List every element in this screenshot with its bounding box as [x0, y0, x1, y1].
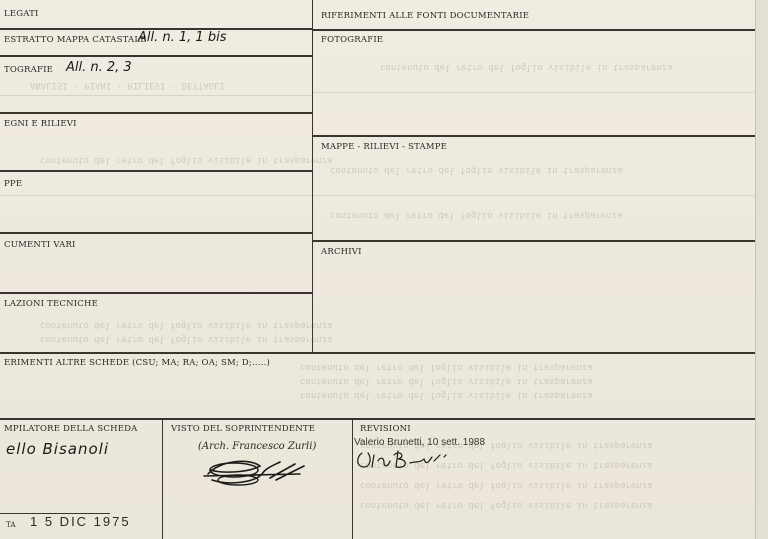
archivi-label: ARCHIVI	[321, 247, 362, 257]
bleed-through-text: contenuto del retro del foglio visibile …	[360, 480, 653, 490]
column-divider	[162, 418, 163, 539]
bleed-through-text: contenuto del retro del foglio visibile …	[380, 62, 673, 72]
bleed-through-text: contenuto del retro del foglio visibile …	[330, 210, 623, 220]
bleed-through-text: contenuto del retro del foglio visibile …	[300, 376, 593, 386]
paper-edge	[755, 0, 768, 539]
bleed-through-text: contenuto del retro del foglio visibile …	[300, 362, 593, 372]
soprintendente-label: VISTO DEL SOPRINTENDENTE	[171, 424, 315, 434]
bleed-through-text: contenuto del retro del foglio visibile …	[360, 500, 653, 510]
riferimenti-fonti-label: RIFERIMENTI ALLE FONTI DOCUMENTARIE	[321, 11, 529, 21]
column-divider	[352, 418, 353, 539]
soprintendente-stamp: (Arch. Francesco Zurli)	[198, 441, 316, 452]
divider	[0, 170, 312, 172]
date-stamp: 1 5 DIC 1975	[30, 514, 131, 529]
riferimenti-altre-schede-label: ERIMENTI ALTRE SCHEDE (CSU; MA; RA; OA; …	[4, 358, 270, 368]
divider	[0, 292, 312, 294]
mappe-label: PPE	[4, 179, 22, 189]
divider	[312, 135, 755, 137]
fotografie-left-label: TOGRAFIE	[4, 65, 53, 75]
divider	[0, 418, 755, 420]
bleed-through-text: contenuto del retro del foglio visibile …	[300, 390, 593, 400]
compilatore-signature: ello Bisanoli	[6, 440, 109, 458]
bleed-through-text: contenuto del retro del foglio visibile …	[40, 155, 333, 165]
divider	[0, 55, 312, 57]
allegati-label: LEGATI	[4, 9, 39, 19]
fotografie-left-value[interactable]: All. n. 2, 3	[66, 60, 132, 75]
compilatore-label: MPILATORE DELLA SCHEDA	[4, 424, 138, 434]
column-divider	[312, 0, 313, 352]
divider	[0, 232, 312, 234]
bleed-through-text: contenuto del retro del foglio visibile …	[330, 165, 623, 175]
fotografie-right-label: FOTOGRAFIE	[321, 35, 383, 45]
catalog-form-sheet: ANALISI · PIANI · RILIEVI · DETTAGLI con…	[0, 0, 768, 539]
estratto-mappa-value[interactable]: All. n. 1, 1 bis	[138, 30, 226, 45]
revisioni-label: REVISIONI	[360, 424, 411, 434]
bleed-through-text: ANALISI · PIANI · RILIEVI · DETTAGLI	[30, 80, 225, 90]
soprintendente-signature	[200, 452, 310, 488]
faint-rule	[312, 195, 755, 196]
bleed-through-text: contenuto del retro del foglio visibile …	[40, 320, 333, 330]
faint-rule	[0, 195, 312, 196]
revisioni-signature	[354, 447, 464, 471]
mappe-rilievi-stampe-label: MAPPE - RILIEVI - STAMPE	[321, 142, 447, 152]
divider	[312, 29, 755, 31]
bleed-through-text: contenuto del retro del foglio visibile …	[40, 334, 333, 344]
relazioni-tecniche-label: LAZIONI TECNICHE	[4, 299, 98, 309]
divider	[0, 352, 755, 354]
divider	[312, 240, 755, 242]
disegni-rilievi-label: EGNI E RILIEVI	[4, 119, 77, 129]
divider	[0, 112, 312, 114]
documenti-vari-label: CUMENTI VARI	[4, 240, 76, 250]
date-label: TA	[6, 521, 16, 529]
faint-rule	[0, 95, 312, 96]
faint-rule	[312, 92, 755, 93]
estratto-mappa-label: ESTRATTO MAPPA CATASTALE	[4, 35, 147, 45]
